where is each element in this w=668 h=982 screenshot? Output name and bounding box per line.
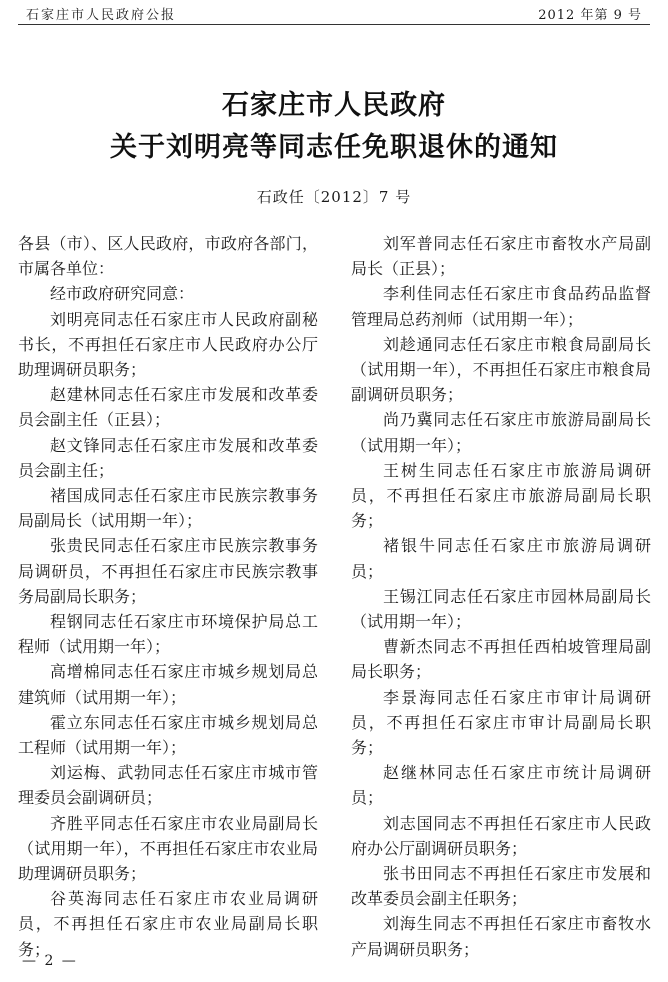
paragraph: 高增棉同志任石家庄市城乡规划局总建筑师（试用期一年）； — [18, 659, 318, 709]
paragraph: 张贵民同志任石家庄市民族宗教事务局调研员，不再担任石家庄市民族宗教事务局副局长职… — [18, 533, 318, 609]
paragraph: 赵继林同志任石家庄市统计局调研员； — [351, 760, 651, 810]
paragraph: 程钢同志任石家庄市环境保护局总工程师（试用期一年）； — [18, 609, 318, 659]
running-header: 石家庄市人民政府公报 2012 年第 9 号 — [18, 0, 650, 25]
paragraph: 褚国成同志任石家庄市民族宗教事务局副局长（试用期一年）； — [18, 483, 318, 533]
paragraph: 刘运梅、武勃同志任石家庄市城市管理委员会副调研员； — [18, 760, 318, 810]
paragraph: 褚银牛同志任石家庄市旅游局调研员； — [351, 533, 651, 583]
paragraph: 李景海同志任石家庄市审计局调研员，不再担任石家庄市审计局副局长职务； — [351, 685, 651, 761]
paragraph: 王树生同志任石家庄市旅游局调研员，不再担任石家庄市旅游局副局长职务； — [351, 458, 651, 534]
paragraph: 尚乃冀同志任石家庄市旅游局副局长（试用期一年）； — [351, 407, 651, 457]
right-column: 刘军普同志任石家庄市畜牧水产局副局长（正县）；李利佳同志任石家庄市食品药品监督管… — [351, 231, 651, 962]
paragraph: 李利佳同志任石家庄市食品药品监督管理局总药剂师（试用期一年）； — [351, 281, 651, 331]
paragraph: 刘海生同志不再担任石家庄市畜牧水产局调研员职务； — [351, 911, 651, 961]
issue-number: 2012 年第 9 号 — [538, 4, 642, 23]
document-number: 石政任〔2012〕7 号 — [0, 186, 668, 207]
paragraph: 刘趁通同志任石家庄市粮食局副局长（试用期一年），不再担任石家庄市粮食局副调研员职… — [351, 332, 651, 408]
paragraph: 霍立东同志任石家庄市城乡规划局总工程师（试用期一年）； — [18, 710, 318, 760]
paragraph: 刘明亮同志任石家庄市人民政府副秘书长，不再担任石家庄市人民政府办公厅助理调研员职… — [18, 307, 318, 383]
paragraph: 曹新杰同志不再担任西柏坡管理局副局长职务； — [351, 634, 651, 684]
paragraph: 刘志国同志不再担任石家庄市人民政府办公厅副调研员职务； — [351, 811, 651, 861]
paragraph: 各县（市）、区人民政府，市政府各部门，市属各单位： — [18, 231, 318, 281]
title-line-1: 石家庄市人民政府 — [0, 85, 668, 127]
paragraph: 王锡江同志任石家庄市园林局副局长（试用期一年）； — [351, 584, 651, 634]
paragraph: 赵文锋同志任石家庄市发展和改革委员会副主任； — [18, 433, 318, 483]
publication-name: 石家庄市人民政府公报 — [26, 4, 176, 23]
paragraph: 齐胜平同志任石家庄市农业局副局长（试用期一年），不再担任石家庄市农业局助理调研员… — [18, 811, 318, 887]
page-number: — 2 — — [22, 953, 78, 969]
title-line-2: 关于刘明亮等同志任免职退休的通知 — [0, 127, 668, 169]
paragraph: 刘军普同志任石家庄市畜牧水产局副局长（正县）； — [351, 231, 651, 281]
document-title: 石家庄市人民政府 关于刘明亮等同志任免职退休的通知 — [0, 85, 668, 169]
paragraph: 赵建林同志任石家庄市发展和改革委员会副主任（正县）； — [18, 382, 318, 432]
paragraph: 谷英海同志任石家庄市农业局调研员，不再担任石家庄市农业局副局长职务； — [18, 886, 318, 962]
paragraph: 张书田同志不再担任石家庄市发展和改革委员会副主任职务； — [351, 861, 651, 911]
paragraph: 经市政府研究同意： — [18, 281, 318, 306]
left-column: 各县（市）、区人民政府，市政府各部门，市属各单位：经市政府研究同意：刘明亮同志任… — [18, 231, 318, 962]
